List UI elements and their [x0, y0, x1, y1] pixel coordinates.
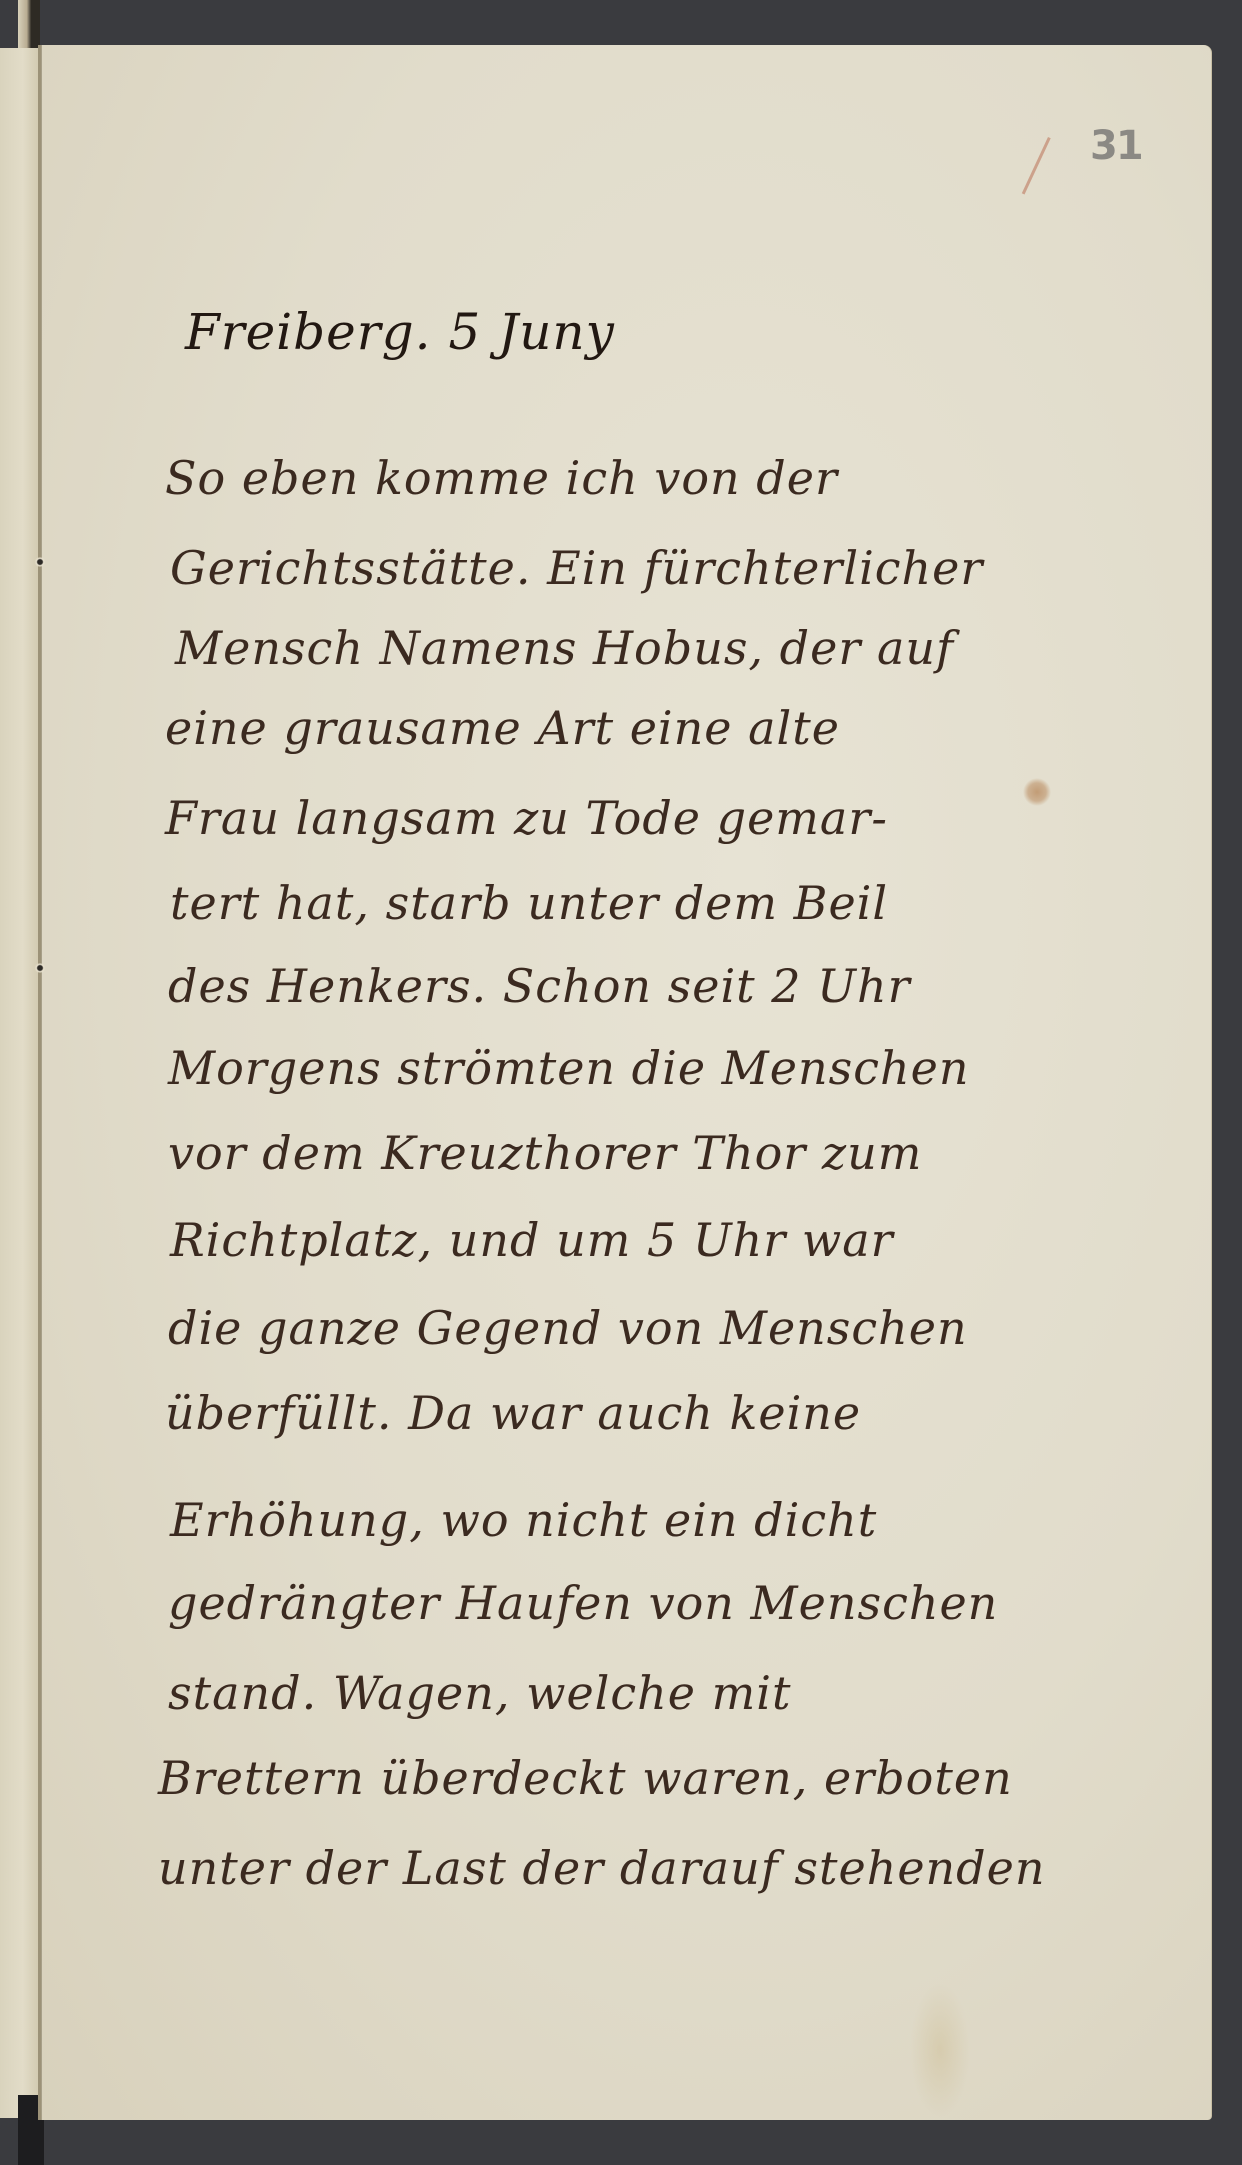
manuscript-line: So eben komme ich von der: [165, 455, 838, 501]
manuscript-line: stand. Wagen, welche mit: [168, 1670, 791, 1716]
manuscript-line: gedrängter Haufen von Menschen: [168, 1580, 998, 1626]
manuscript-line: des Henkers. Schon seit 2 Uhr: [168, 963, 911, 1009]
binding-stitch: [34, 963, 46, 973]
previous-leaf-edge: [0, 48, 38, 2118]
manuscript-line: eine grausame Art eine alte: [165, 705, 840, 751]
manuscript-line: vor dem Kreuzthorer Thor zum: [168, 1130, 922, 1176]
folio-slash-mark: [1022, 137, 1051, 194]
manuscript-line: die ganze Gegend von Menschen: [168, 1305, 968, 1351]
manuscript-scan: 31 Freiberg. 5 Juny So eben komme ich vo…: [0, 0, 1242, 2165]
manuscript-line: Richtplatz, und um 5 Uhr war: [170, 1217, 894, 1263]
folio-number: 31: [1090, 123, 1142, 169]
manuscript-line: überfüllt. Da war auch keine: [165, 1390, 861, 1436]
binding-shadow-top: [18, 0, 40, 48]
manuscript-line: Morgens strömten die Menschen: [168, 1045, 969, 1091]
binding-stitch: [34, 557, 46, 567]
manuscript-line: Brettern überdeckt waren, erboten: [158, 1755, 1013, 1801]
manuscript-line: unter der Last der darauf stehenden: [158, 1845, 1045, 1891]
manuscript-line: Erhöhung, wo nicht ein dicht: [170, 1497, 877, 1543]
manuscript-line: Gerichtsstätte. Ein fürchterlicher: [170, 545, 983, 591]
manuscript-line: tert hat, starb unter dem Beil: [170, 880, 888, 926]
manuscript-line: Frau langsam zu Tode gemar-: [165, 795, 888, 841]
entry-heading: Freiberg. 5 Juny: [185, 307, 615, 357]
manuscript-page: 31 Freiberg. 5 Juny So eben komme ich vo…: [40, 45, 1212, 2120]
manuscript-line: Mensch Namens Hobus, der auf: [175, 625, 954, 671]
